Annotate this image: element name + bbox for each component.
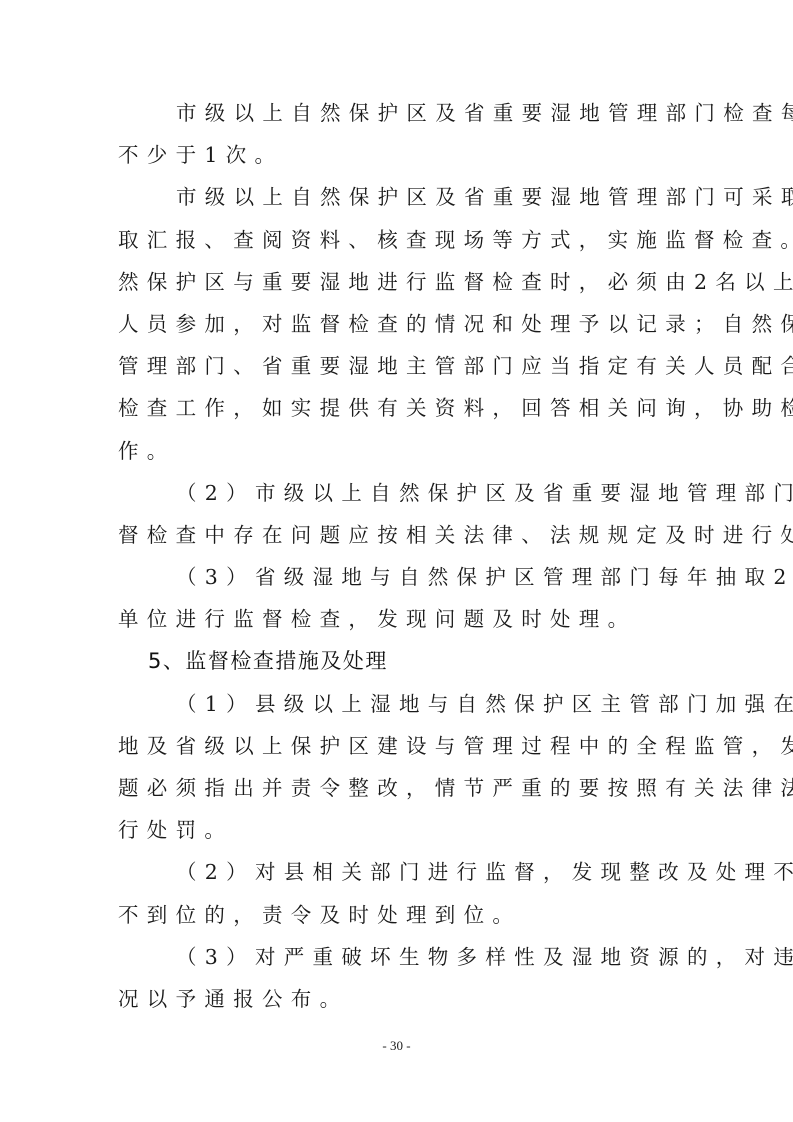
paragraph-line: （2）市级以上自然保护区及省重要湿地管理部门在监 — [118, 472, 678, 514]
paragraph-line: （2）对县相关部门进行监督，发现整改及处理不及时 — [118, 851, 678, 893]
page-number: - 30 - — [0, 1038, 793, 1054]
paragraph-line: 题必须指出并责令整改，情节严重的要按照有关法律法规进 — [118, 767, 678, 809]
paragraph-line: 人员参加，对监督检查的情况和处理予以记录；自然保护区 — [118, 303, 678, 345]
paragraph-line: 管理部门、省重要湿地主管部门应当指定有关人员配合监督 — [118, 345, 678, 387]
document-page: 市级以上自然保护区及省重要湿地管理部门检查每年 不少于1次。 市级以上自然保护区… — [118, 92, 678, 1020]
paragraph-line: 市级以上自然保护区及省重要湿地管理部门可采取听 — [118, 176, 678, 218]
paragraph-line: 检查工作，如实提供有关资料，回答相关问询，协助检查工 — [118, 387, 678, 429]
paragraph-line: 不到位的，责令及时处理到位。 — [118, 894, 678, 936]
paragraph-line: 取汇报、查阅资料、核查现场等方式，实施监督检查。对自 — [118, 219, 678, 261]
paragraph-line: （3）对严重破坏生物多样性及湿地资源的，对违法情 — [118, 936, 678, 978]
paragraph-line: 督检查中存在问题应按相关法律、法规规定及时进行处理。 — [118, 514, 678, 556]
paragraph-line: 不少于1次。 — [118, 134, 678, 176]
paragraph-line: （3）省级湿地与自然保护区管理部门每年抽取20%以上 — [118, 556, 678, 598]
paragraph-line: 地及省级以上保护区建设与管理过程中的全程监管，发现问 — [118, 725, 678, 767]
paragraph-line: 况以予通报公布。 — [118, 978, 678, 1020]
paragraph-line: 行处罚。 — [118, 809, 678, 851]
paragraph-line: 然保护区与重要湿地进行监督检查时，必须由2名以上工作 — [118, 261, 678, 303]
paragraph-line: （1）县级以上湿地与自然保护区主管部门加强在省湿 — [118, 683, 678, 725]
paragraph-line: 单位进行监督检查，发现问题及时处理。 — [118, 598, 678, 640]
paragraph-line: 作。 — [118, 430, 678, 472]
section-heading: 5、监督检查措施及处理 — [118, 640, 678, 682]
paragraph-line: 市级以上自然保护区及省重要湿地管理部门检查每年 — [118, 92, 678, 134]
